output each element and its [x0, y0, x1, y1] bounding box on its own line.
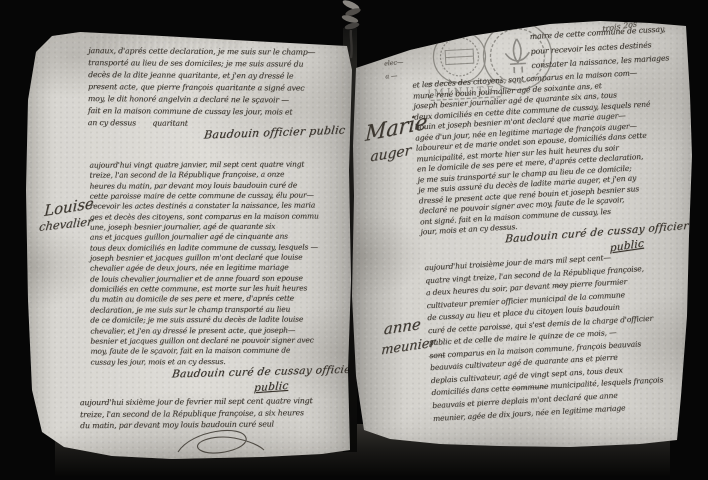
- entry-marie: et les decès des citoyens, sont comparus…: [412, 65, 696, 238]
- entry-anne: aujourd'hui troisième jour de mars mil s…: [424, 247, 708, 425]
- entry-6-fevrier: aujourd'hui sixième jour de fevrier mil …: [80, 395, 352, 432]
- margin-note-marie-line2: auger: [370, 143, 412, 166]
- entry-janvier: janaux, d'aprés cette declaration, je me…: [88, 45, 351, 131]
- handwritten-line: tous deux domiciliés en ladite commune d…: [90, 242, 348, 254]
- handwritten-line: ges et decès des citoyens, sont comparus…: [90, 211, 348, 223]
- left-page: janaux, d'aprés cette declaration, je me…: [22, 30, 354, 460]
- right-page: trois 2os MINUTE: [350, 16, 698, 452]
- manuscript-scan: janaux, d'aprés cette declaration, je me…: [0, 0, 708, 480]
- paraph-flourish: [172, 428, 268, 462]
- margin-note-anne-line1: anne: [383, 315, 421, 339]
- handwritten-line: aujourd'hui sixième jour de fevrier mil …: [80, 395, 352, 409]
- baudouin-signature-24-janvier-line2: public: [254, 380, 290, 395]
- right-page-text: maire de cette commune de cussay,pour re…: [344, 0, 708, 454]
- entry-24-janvier: aujourd'hui vingt quatre janvier, mil se…: [89, 159, 348, 367]
- handwritten-line: besnier et jacques guillon ont declaré n…: [90, 335, 348, 347]
- margin-note-anne-line2: meunier: [381, 335, 436, 358]
